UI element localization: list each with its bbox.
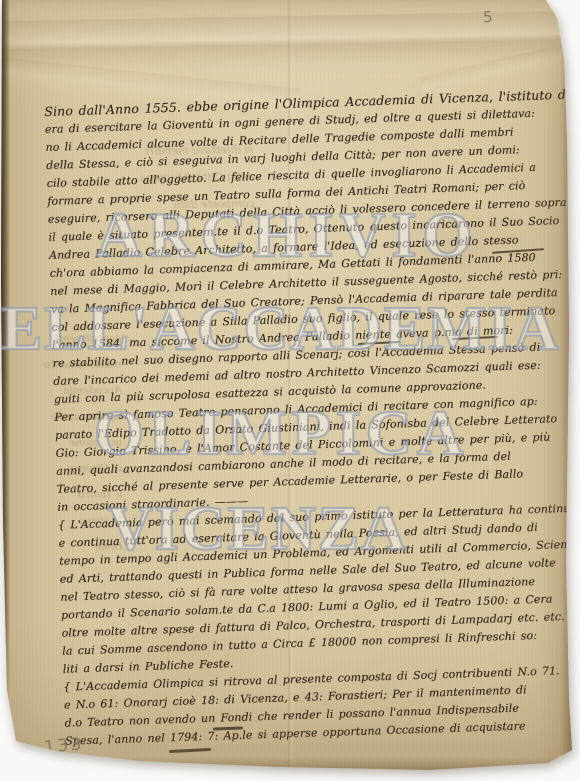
paper-sheet: si dilettava membridella Città il terren… <box>0 0 580 781</box>
manuscript-lines: Sino dall'Anno 1555. ebbe origine l'Olim… <box>44 85 580 750</box>
paper-edge-right-shadow <box>560 20 574 760</box>
ink-strikethrough <box>169 748 211 753</box>
manuscript-scan: si dilettava membridella Città il terren… <box>0 0 580 781</box>
paper-sheet-wrap: si dilettava membridella Città il terren… <box>0 0 580 781</box>
pencil-page-number: 133 <box>43 734 85 757</box>
paper-edge-left-shadow <box>1 0 10 742</box>
paper-edge-bottom-shadow <box>10 757 570 773</box>
paper-crease-top <box>0 11 580 71</box>
pencil-corner-mark: 5 <box>482 8 493 27</box>
